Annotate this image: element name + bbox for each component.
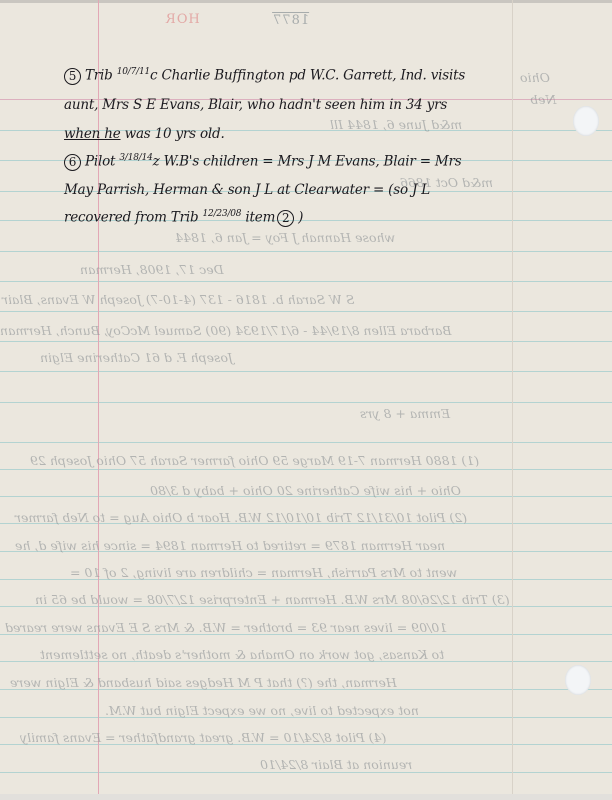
bleed-through-line: whose Hannah J Foy = Jan 6, 1844 (175, 230, 395, 245)
ruled-line (0, 402, 612, 403)
bleed-through-line: (2) Pilot 10/31/12 Trib 10/10/12 W.B. Ho… (15, 510, 467, 525)
punch-hole (573, 106, 599, 136)
header-year-mark: 1877 (272, 12, 309, 28)
entry-5-line-2: aunt, Mrs S E Evans, Blair, who hadn't s… (64, 97, 447, 113)
entry-6-line-1: 6Pilot 3/18/14z W.B's children = Mrs J M… (64, 153, 462, 171)
bleed-through-line: Ohio (520, 70, 550, 85)
entry-6-line-2: May Parrish, Herman & son J L at Clearwa… (64, 182, 430, 198)
bleed-through-line: Emma + 8 yrs (360, 406, 450, 421)
bleed-through-line: Joseph F. d 61 Catherine Elgin (40, 350, 233, 365)
entry-5-line-3: when he was 10 yrs old. (64, 126, 225, 142)
notebook-page: HOR 1877 Ohio Neb m&d June 6, 1844 Ill m… (0, 0, 612, 800)
ruled-line (0, 469, 612, 470)
entry-number-circle: 6 (64, 154, 81, 171)
punch-hole (565, 665, 591, 695)
bleed-through-line: Dec 17, 1908, Herman (80, 262, 224, 277)
ruled-line (0, 371, 612, 372)
ruled-line (0, 281, 612, 282)
ruled-line (0, 311, 612, 312)
bleed-through-line: went to Mrs Parrish, Herman = children a… (70, 565, 457, 580)
page-top-edge (0, 0, 612, 3)
bleed-through-line: Herman, the (?) that P M Hedges said hus… (10, 675, 397, 690)
page-bottom-edge (0, 794, 612, 800)
bleed-through-line: Barbara Ellen 8/19/44 - 6/17/1934 (90) S… (0, 323, 452, 338)
bleed-through-line: (3) Trib 12/26/08 Mrs W.B. Herman + Ente… (35, 592, 510, 607)
entry-5-line-1: 5Trib 10/7/11c Charlie Buffington pd W.C… (64, 67, 465, 85)
bleed-through-line: m&d June 6, 1844 Ill (330, 117, 462, 132)
right-margin-line (512, 0, 513, 800)
bleed-through-line: near Herman 1879 = retired to Herman 189… (15, 538, 445, 553)
ruled-line (0, 251, 612, 252)
item-number-circle: 2 (277, 210, 294, 227)
ruled-line (0, 772, 612, 773)
bleed-through-line: reunion at Blair 8/24/10 (260, 757, 412, 772)
ruled-line (0, 442, 612, 443)
bleed-through-line: 10/09 = lives near 93 = brother = W.B. &… (5, 620, 447, 635)
header-red-mark: HOR (165, 12, 200, 27)
entry-number-circle: 5 (64, 68, 81, 85)
bleed-through-line: Ohio + his wife Catherine 20 Ohio + baby… (150, 483, 461, 498)
bleed-through-line: not expected to live, no we expect Elgin… (105, 703, 419, 718)
bleed-through-line: Neb (530, 92, 556, 107)
bleed-through-line: to Kansas, got work on Omaha & mother's … (40, 647, 444, 662)
bleed-through-line: (4) Pilot 8/24/10 = W.B. great grandfath… (20, 730, 386, 745)
entry-6-line-3: recovered from Trib 12/23/08 item2) (64, 209, 303, 227)
ruled-line (0, 341, 612, 342)
bleed-through-line: (1) 1880 Herman 7-19 Marge 59 Ohio farme… (30, 453, 479, 468)
bleed-through-line: S W Sarah b. 1816 - 137 (4-10-7) Joseph … (2, 292, 354, 307)
